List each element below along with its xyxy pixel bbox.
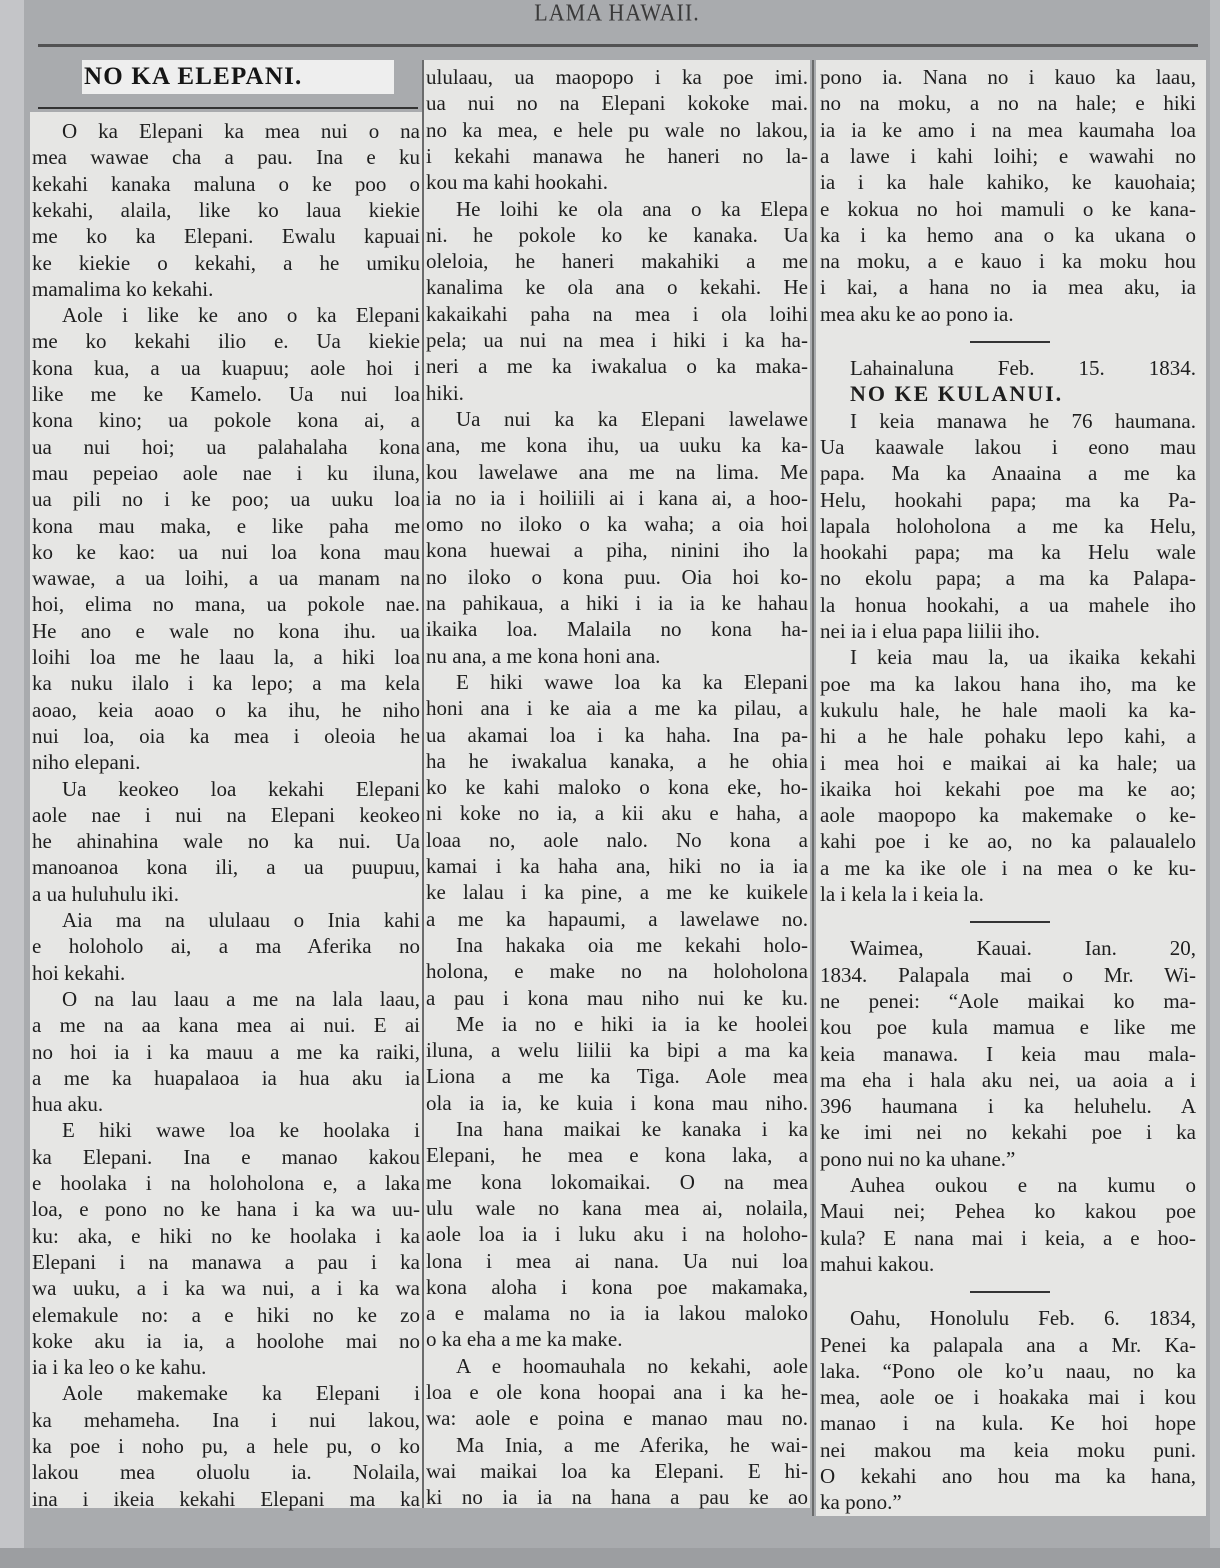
text-line: Aia ma na ululaau o Inia kahi xyxy=(32,907,420,933)
text-line: ni. he pokole ko ke kanaka. Ua xyxy=(426,222,808,248)
text-line: O kekahi ano hou ma ka hana, xyxy=(820,1463,1196,1489)
text-line: pono nui no ka uhane.” xyxy=(820,1146,1196,1172)
text-line: nei ia i elua papa liilii iho. xyxy=(820,618,1196,644)
section-divider xyxy=(970,341,1050,343)
text-line: neri a me ka iwakalua o ka maka- xyxy=(426,353,808,379)
text-line: E hiki wawe loa ka ka Elepani xyxy=(426,669,808,695)
text-line: hiki. xyxy=(426,380,808,406)
text-line: kona aloha i kona poe makamaka, xyxy=(426,1274,808,1300)
text-line: no ekolu papa; a ma ka Palapa- xyxy=(820,565,1196,591)
section-heading: NO KE KULANUI. xyxy=(820,381,1196,407)
text-line: la honua hookahi, a ua mahele iho xyxy=(820,592,1196,618)
text-line: ka poe i noho pu, a hele pu, o ko xyxy=(32,1433,420,1459)
text-line: wa: aole e poina e manao mau no. xyxy=(426,1405,808,1431)
text-line: koke aku ia ia, a hoolohe mai no xyxy=(32,1328,420,1354)
text-line: kona mau maka, e like paha me xyxy=(32,513,420,539)
text-line: lapala holoholona a me ka Helu, xyxy=(820,513,1196,539)
text-line: like me ke Kamelo. Ua nui loa xyxy=(32,381,420,407)
text-line: wai maikai loa ka Elepani. E hi- xyxy=(426,1458,808,1484)
text-line: ia i ka leo o ke kahu. xyxy=(32,1354,420,1380)
text-line: ululaau, ua maopopo i ka poe imi. xyxy=(426,64,808,90)
text-line: omo no iloko o ka waha; a oia hoi xyxy=(426,511,808,537)
text-line: iluna, a welu liilii ka bipi a ma ka xyxy=(426,1037,808,1063)
text-line: ke kiekie o kekahi, a he umiku xyxy=(32,250,420,276)
text-line: Waimea, Kauai. Ian. 20, xyxy=(820,935,1196,961)
text-line: Liona a me ka Tiga. Aole mea xyxy=(426,1063,808,1089)
column-1: O ka Elepani ka mea nui o namea wawae ch… xyxy=(30,112,422,1508)
text-line: ola ia ia, ke kuia i kona mau niho. xyxy=(426,1090,808,1116)
text-line: ia no ia i hoiliili ai i kana ai, a hoo- xyxy=(426,485,808,511)
text-line: ia ia ke amo i na mea kaumaha loa xyxy=(820,117,1196,143)
text-line: a me ka hapaumi, a lawelawe no. xyxy=(426,906,808,932)
text-line: manoanoa kona ili, a ua puupuu, xyxy=(32,854,420,880)
text-line: ku: aka, e hiki no ke hoolaka i ka xyxy=(32,1223,420,1249)
text-line: ka mehameha. Ina i nui lakou, xyxy=(32,1407,420,1433)
text-line: honi ana i ke aia a me ka pilau, a xyxy=(426,695,808,721)
text-line: Aole i like ke ano o ka Elepani xyxy=(32,302,420,328)
text-line: ua akamai loa i ka haha. Ina pa- xyxy=(426,722,808,748)
text-line: papa. Ma ka Anaaina a me ka xyxy=(820,460,1196,486)
text-line: ko ke kahi maloko o kona eke, ho- xyxy=(426,774,808,800)
text-line: hoi kekahi. xyxy=(32,960,420,986)
text-line: loa, e pono no ke hana i ka wa uu- xyxy=(32,1196,420,1222)
text-line: Ma Inia, a me Aferika, he wai- xyxy=(426,1432,808,1458)
text-line: me ko kekahi ilio e. Ua kiekie xyxy=(32,328,420,354)
text-line: no iloko o kona puu. Oia hoi ko- xyxy=(426,564,808,590)
text-line: Aole makemake ka Elepani i xyxy=(32,1380,420,1406)
text-line: kahi poe i ke ao, no ka palaualelo xyxy=(820,828,1196,854)
text-line: a me na aa kana mea ai nui. E ai xyxy=(32,1012,420,1038)
text-line: ia i ka hale kahiko, ke kauohaia; xyxy=(820,169,1196,195)
text-line: pono ia. Nana no i kauo ka laau, xyxy=(820,64,1196,90)
text-line: ne penei: “Aole maikai ko ma- xyxy=(820,988,1196,1014)
text-line: no ka mea, e hele pu wale no lakou, xyxy=(426,117,808,143)
text-line: na moku, a e kauo i ka moku hou xyxy=(820,248,1196,274)
text-line: He loihi ke ola ana o ka Elepa xyxy=(426,196,808,222)
text-line: a me ka huapalaoa ia hua aku ia xyxy=(32,1065,420,1091)
newspaper-page: LAMA HAWAII. NO KA ELEPANI. O ka Elepani… xyxy=(24,0,1210,1568)
text-line: lona i mea ai nana. Ua nui loa xyxy=(426,1248,808,1274)
text-line: hookahi papa; ma ka Helu wale xyxy=(820,539,1196,565)
header-rule xyxy=(38,44,1198,47)
text-line: mamalima ko kekahi. xyxy=(32,276,420,302)
text-line: 396 haumana i ka heluhelu. A xyxy=(820,1093,1196,1119)
text-line: ua nui hoi; ua palahalaha kona xyxy=(32,434,420,460)
text-line: i kai, a hana no ia mea aku, ia xyxy=(820,274,1196,300)
text-line: oleloia, he haneri makahiki a me xyxy=(426,248,808,274)
text-line: ikaika hoi kekahi poe ma ke ao; xyxy=(820,776,1196,802)
text-line: aole maopopo ka makemake o ke- xyxy=(820,802,1196,828)
text-line: niho elepani. xyxy=(32,749,420,775)
scan-bottom-edge xyxy=(0,1548,1220,1568)
text-line: na pahikaua, a hiki i ia ia ke hahau xyxy=(426,590,808,616)
text-line: Penei ka palapala ana a Mr. Ka- xyxy=(820,1332,1196,1358)
text-line: O ka Elepani ka mea nui o na xyxy=(32,118,420,144)
text-line: ka Elepani. Ina e manao kakou xyxy=(32,1144,420,1170)
text-line: Ina hana maikai ke kanaka i ka xyxy=(426,1116,808,1142)
text-line: a me ka ike ole i na mea o ke ku- xyxy=(820,855,1196,881)
text-line: kekahi kanaka maluna o ke poo o xyxy=(32,171,420,197)
article-title: NO KA ELEPANI. xyxy=(84,60,302,94)
text-line: hi a he hale pohaku lepo kahi, a xyxy=(820,723,1196,749)
text-line: aole loa ia i luku aku i na holoho- xyxy=(426,1221,808,1247)
text-line: wawae, a ua loihi, a ua manam na xyxy=(32,565,420,591)
text-line: Ua kaawale lakou i eono mau xyxy=(820,434,1196,460)
text-line: kou lawelawe ana me na lima. Me xyxy=(426,459,808,485)
text-line: no hoi ia i ka mauu a me ka raiki, xyxy=(32,1039,420,1065)
text-line: e holoholo ai, a ma Aferika no xyxy=(32,933,420,959)
text-line: mau pepeiao aole nae i ku iluna, xyxy=(32,460,420,486)
text-line: Ina hakaka oia me kekahi holo- xyxy=(426,932,808,958)
text-line: kukulu hale, he hale maoli ka ka- xyxy=(820,697,1196,723)
text-line: ka pono.” xyxy=(820,1489,1196,1515)
text-line: hoi, elima no mana, ua pokole nae. xyxy=(32,591,420,617)
text-line: kona kua, a ua kuapuu; aole hoi i xyxy=(32,355,420,381)
dateline: Lahainaluna Feb. 15. 1834. xyxy=(820,355,1196,381)
text-line: aoao, keia aoao o ka ihu, he niho xyxy=(32,697,420,723)
text-line: ana, me kona ihu, ua uuku ka ka- xyxy=(426,432,808,458)
text-line: la i kela la i keia la. xyxy=(820,881,1196,907)
text-line: ka nuku ilalo i ka lepo; a ma kela xyxy=(32,670,420,696)
text-line: kou poe kula mamua e like me xyxy=(820,1014,1196,1040)
text-line: Maui nei; Pehea ko kakou poe xyxy=(820,1198,1196,1224)
text-line: elemakule no: a e hiki no ke zo xyxy=(32,1302,420,1328)
text-line: a pau i kona mau niho nui ke ku. xyxy=(426,985,808,1011)
text-line: A e hoomauhala no kekahi, aole xyxy=(426,1353,808,1379)
text-line: loihi loa me he laau la, a hiki loa xyxy=(32,644,420,670)
text-line: nei makou ma keia moku puni. xyxy=(820,1437,1196,1463)
text-line: ki no ia ia na hana a pau ke ao xyxy=(426,1484,808,1510)
column-3: pono ia. Nana no i kauo ka laau,no na mo… xyxy=(816,60,1206,1516)
text-line: a ua huluhulu iki. xyxy=(32,881,420,907)
text-line: ulu wale no kana mea ai, nolaila, xyxy=(426,1195,808,1221)
text-line: e hoolaka i na holoholona e, a laka xyxy=(32,1170,420,1196)
column-divider xyxy=(422,60,424,1508)
column-2: ululaau, ua maopopo i ka poe imi.ua nui … xyxy=(424,60,810,1508)
text-line: me ko ka Elepani. Ewalu kapuai xyxy=(32,223,420,249)
text-line: kamai i ka haha ana, hiki no ia ia xyxy=(426,853,808,879)
text-line: He ano e wale no kona ihu. ua xyxy=(32,618,420,644)
text-line: ma eha i hala aku nei, ua aoia a i xyxy=(820,1067,1196,1093)
section-divider xyxy=(970,1291,1050,1293)
text-line: I keia manawa he 76 haumana. xyxy=(820,408,1196,434)
text-line: Oahu, Honolulu Feb. 6. 1834, xyxy=(820,1305,1196,1331)
text-line: Elepani i na manawa a pau i ka xyxy=(32,1249,420,1275)
text-line: kakaikahi paha na mea i ola loihi xyxy=(426,301,808,327)
text-line: kanalima ke ola ana o kekahi. He xyxy=(426,274,808,300)
text-line: nui loa, oia ka mea i oleoia he xyxy=(32,723,420,749)
text-line: ni koke no ia, a kii aku e haha, a xyxy=(426,800,808,826)
text-line: i kekahi manawa he haneri no la- xyxy=(426,143,808,169)
text-line: e kokua no hoi mamuli o ke kana- xyxy=(820,196,1196,222)
text-line: i mea hoi e maikai ai ka hale; ua xyxy=(820,750,1196,776)
column-divider xyxy=(812,60,814,1516)
text-line: kekahi, alaila, like ko laua kiekie xyxy=(32,197,420,223)
text-line: wa uuku, a i ka wa nui, a i ka wa xyxy=(32,1275,420,1301)
text-line: I keia mau la, ua ikaika kekahi xyxy=(820,644,1196,670)
scan-left-edge xyxy=(0,0,24,1568)
text-line: Ua nui ka ka Elepani lawelawe xyxy=(426,406,808,432)
text-line: ha he iwakalua kanaka, a he ohia xyxy=(426,748,808,774)
text-line: kou ma kahi hookahi. xyxy=(426,169,808,195)
text-line: E hiki wawe loa ke hoolaka i xyxy=(32,1117,420,1143)
text-line: 1834. Palapala mai o Mr. Wi- xyxy=(820,962,1196,988)
text-line: mea wawae cha a pau. Ina e ku xyxy=(32,144,420,170)
text-line: he ahinahina wale no ka nui. Ua xyxy=(32,828,420,854)
text-line: me kona lokomaikai. O na mea xyxy=(426,1169,808,1195)
text-line: ke imi nei no kekahi poe i ka xyxy=(820,1119,1196,1145)
text-line: a e malama no ia ia lakou maloko xyxy=(426,1300,808,1326)
text-line: ikaika loa. Malaila no kona ha- xyxy=(426,616,808,642)
text-line: ko ke kao: ua nui loa kona mau xyxy=(32,539,420,565)
text-line: manao i na kula. Ke hoi hope xyxy=(820,1410,1196,1436)
text-line: aole nae i nui na Elepani keokeo xyxy=(32,802,420,828)
text-line: ke lalau i ka pine, a me ke kuikele xyxy=(426,879,808,905)
text-line: kona huewai a piha, ninini iho la xyxy=(426,537,808,563)
text-line: ka i ka hemo ana o ka ukana o xyxy=(820,222,1196,248)
text-line: mea, aole oe i hoakaka mai i kou xyxy=(820,1384,1196,1410)
text-line: O na lau laau a me na lala laau, xyxy=(32,986,420,1012)
text-line: pela; ua nui na mea i hiki i ka ha- xyxy=(426,327,808,353)
text-line: ina i ikeia kekahi Elepani ma ka xyxy=(32,1486,420,1512)
text-line: kona kino; ua pokole kona ai, a xyxy=(32,407,420,433)
text-line: ua pili no i ke poo; ua uuku loa xyxy=(32,486,420,512)
text-line: loaa no, aole nalo. No kona a xyxy=(426,827,808,853)
text-line: loa e ole kona hoopai ana i ka he- xyxy=(426,1379,808,1405)
text-line: kula? E nana mai i keia, a e hoo- xyxy=(820,1225,1196,1251)
section-divider xyxy=(970,921,1050,923)
text-line: Me ia no e hiki ia ia ke hoolei xyxy=(426,1011,808,1037)
text-line: poe ma ka lakou hana iho, ma ke xyxy=(820,671,1196,697)
text-line: ua nui no na Elepani kokoke mai. xyxy=(426,90,808,116)
text-line: mahui kakou. xyxy=(820,1251,1196,1277)
text-line: Elepani, he mea e kona laka, a xyxy=(426,1142,808,1168)
text-line: o ka eha a me ka make. xyxy=(426,1326,808,1352)
text-line: hua aku. xyxy=(32,1091,420,1117)
text-line: no na moku, a no na hale; e hiki xyxy=(820,90,1196,116)
title-rule xyxy=(38,107,418,109)
text-line: laka. “Pono ole ko’u naau, no ka xyxy=(820,1358,1196,1384)
text-line: Auhea oukou e na kumu o xyxy=(820,1172,1196,1198)
masthead: LAMA HAWAII. xyxy=(24,0,1210,29)
text-line: Ua keokeo loa kekahi Elepani xyxy=(32,776,420,802)
text-line: Helu, hookahi papa; ma ka Pa- xyxy=(820,487,1196,513)
text-line: a lawe i kahi loihi; e wawahi no xyxy=(820,143,1196,169)
text-line: holona, e make no na holoholona xyxy=(426,958,808,984)
text-line: mea aku ke ao pono ia. xyxy=(820,301,1196,327)
text-line: lakou mea oluolu ia. Nolaila, xyxy=(32,1459,420,1485)
text-line: keia manawa. I keia mau mala- xyxy=(820,1041,1196,1067)
text-line: nu ana, a me kona honi ana. xyxy=(426,643,808,669)
